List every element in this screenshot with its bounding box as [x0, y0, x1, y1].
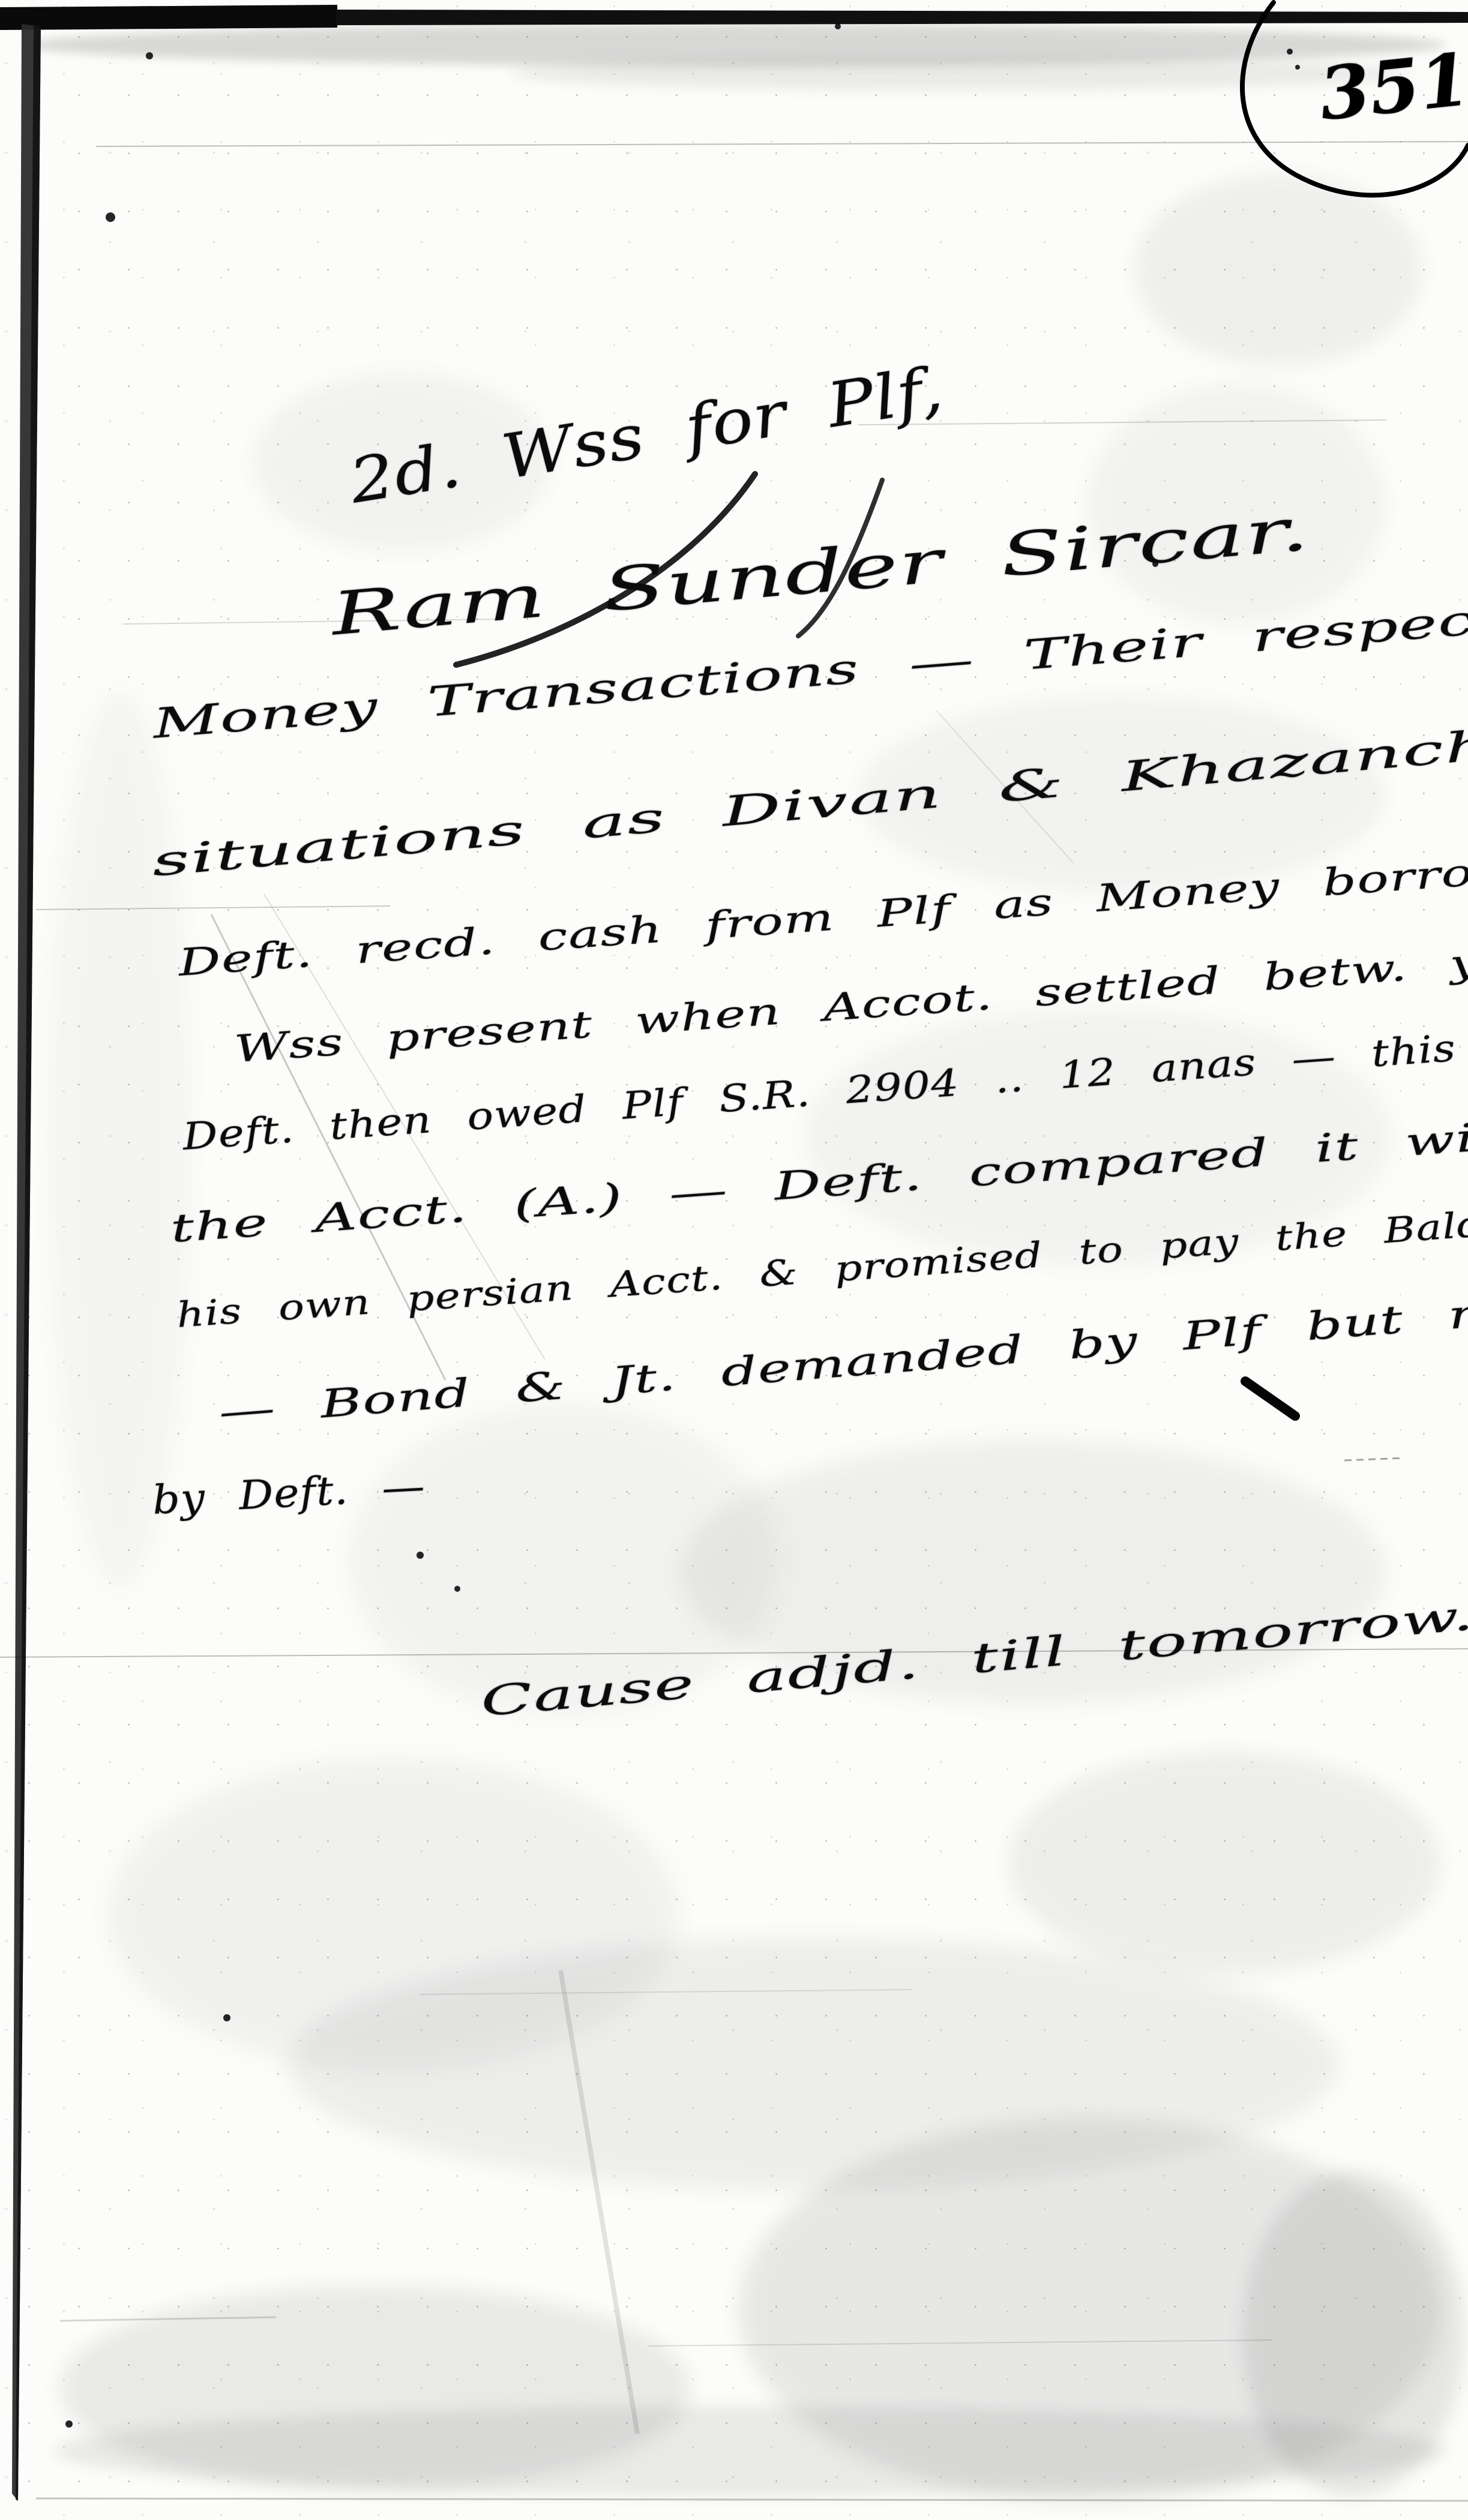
ink-dot: [146, 52, 153, 59]
ink-dot: [106, 212, 115, 222]
scan-line: [36, 906, 390, 910]
top-edge-bar: [336, 10, 1468, 25]
bottom-edge-line: [36, 2498, 1468, 2501]
scan-line: [60, 2317, 276, 2321]
manuscript-page: 351 2d. Wss for Plf, Ram Sunder Sircar. …: [0, 0, 1468, 2520]
scan-line: [420, 1990, 912, 1994]
top-edge-bar: [0, 5, 337, 30]
ink-dot: [454, 1586, 460, 1592]
scratch-line: [561, 1970, 637, 2434]
ink-dot: [417, 1552, 424, 1559]
ink-dot: [223, 2014, 230, 2021]
scan-line: [1344, 1458, 1404, 1460]
ink-dot: [65, 2420, 73, 2428]
scan-line: [648, 2340, 1272, 2346]
ink-dot: [835, 23, 841, 29]
ink-dot: [1287, 49, 1293, 55]
ink-flourish: [1245, 1381, 1295, 1416]
page-number: 351: [1316, 37, 1468, 137]
ink-dot: [1295, 65, 1300, 70]
